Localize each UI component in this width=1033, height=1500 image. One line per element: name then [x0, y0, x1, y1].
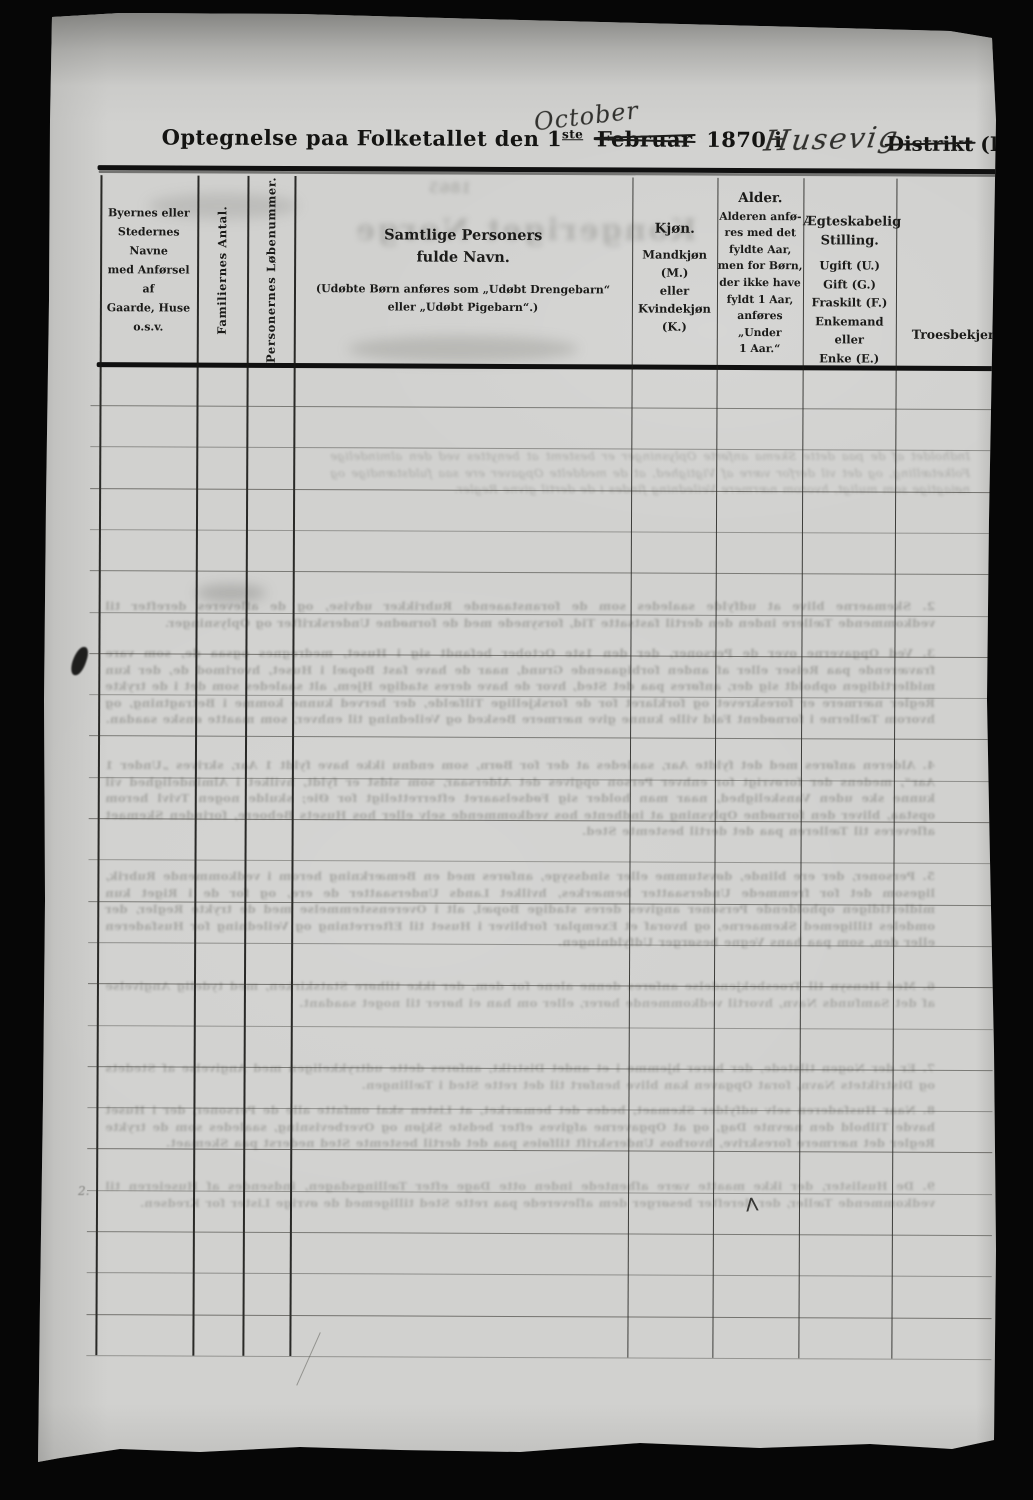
printed-layer: Optegnelse paa Folketallet den 1ste Febr…: [24, 6, 1008, 1476]
table-row-line: [90, 488, 995, 493]
column-header-age-title: Alder.: [717, 190, 803, 207]
table-row-line: [90, 446, 995, 451]
title-text: Optegnelse paa Folketallet den: [162, 124, 540, 151]
scan-viewport: Kongeriget Norge 1865 Indholdet af de pa…: [0, 0, 1033, 1500]
table-row-line: [88, 901, 993, 906]
column-header-faith: Troesbekjendelse: [896, 179, 1010, 368]
column-header-marital: Ægteskabelig Stilling. Ugift (U.) Gift (…: [803, 178, 897, 367]
table-row-line: [87, 1314, 992, 1319]
form-title: Optegnelse paa Folketallet den 1ste Febr…: [162, 124, 783, 152]
column-header-names: Samtlige Personers fulde Navn. (Udøbte B…: [294, 176, 633, 366]
table-row-line: [89, 653, 994, 658]
column-header-families-label: Familiernes Antal.: [215, 206, 230, 335]
column-header-sex: Kjøn. Mandkjøn (M.) eller Kvindekjøn (K.…: [632, 178, 718, 367]
column-header-names-note: (Udøbte Børn anføres som „Udøbt Drengeba…: [294, 280, 632, 317]
district-paren: (Br: [980, 132, 1017, 156]
table-grid-rows: [30, 6, 1008, 10]
table-row-line: [89, 694, 994, 699]
column-header-names-title: Samtlige Personers fulde Navn.: [294, 224, 632, 269]
table-row-line: [87, 1149, 992, 1154]
table-row-line: [90, 612, 995, 617]
column-header-faith-title: Troesbekjendelse: [896, 327, 1009, 342]
table-row-line: [87, 1231, 992, 1236]
table-row-line: [90, 405, 995, 410]
column-header-places: Byernes eller Stedernes Navne med Anførs…: [100, 175, 198, 364]
column-header-families: Familiernes Antal.: [197, 176, 248, 365]
struck-district-label: Distrikt: [887, 132, 974, 156]
table-row-line: [89, 859, 994, 864]
table-row-line: [89, 736, 994, 741]
table-row-line: [89, 818, 994, 823]
handwritten-district-name: Husevig: [762, 119, 902, 157]
column-header-sex-note: Mandkjøn (M.) eller Kvindekjøn (K.): [632, 246, 717, 336]
table-row-line: [90, 529, 995, 534]
table-row-line: [87, 1107, 992, 1112]
table-row-line: [89, 777, 994, 782]
margin-scribble: 2.: [78, 1184, 89, 1198]
column-header-person-number-label: Personernes Løbenummer.: [263, 177, 278, 363]
table-row-line: [88, 1025, 993, 1030]
table-row-line: [88, 983, 993, 988]
table-row-line: [88, 1066, 993, 1071]
table-row-line: [86, 1355, 991, 1360]
column-header-age-note: Alderen anfø- res med det fyldte Aar, me…: [717, 208, 804, 358]
table-row-line: [87, 1272, 992, 1277]
column-header-sex-title: Kjøn.: [632, 220, 717, 238]
table-row-line: [88, 942, 993, 947]
column-header-person-number: Personernes Løbenummer.: [247, 176, 295, 365]
ink-check-mark: ⋀: [745, 1195, 758, 1212]
table-row-line: [90, 570, 995, 575]
column-header-age: Alder. Alderen anfø- res med det fyldte …: [717, 178, 804, 367]
column-header-marital-note: Ugift (U.) Gift (G.) Fraskilt (F.) Enkem…: [803, 256, 896, 367]
column-header-marital-title: Ægteskabelig Stilling.: [803, 212, 896, 250]
table-row-line: [87, 1190, 992, 1195]
district-label: Distrikt (Br: [887, 132, 1018, 157]
census-form-page: Kongeriget Norge 1865 Indholdet af de pa…: [28, 8, 1006, 1474]
title-rule: [98, 165, 1003, 174]
struck-month: Februar: [597, 126, 693, 151]
